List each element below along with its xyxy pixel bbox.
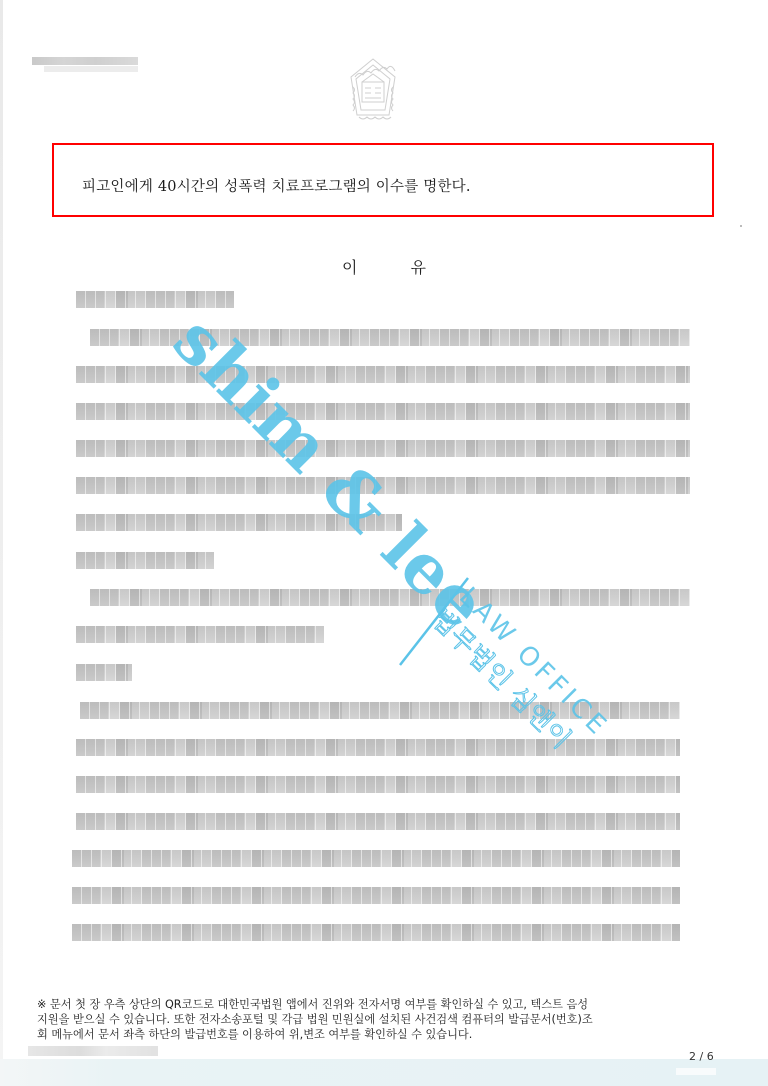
verification-notice: ※ 문서 첫 장 우측 상단의 QR코드로 대한민국법원 앱에서 진위와 전자서…	[37, 997, 697, 1042]
redacted-line	[76, 739, 680, 756]
redacted-line	[72, 924, 680, 941]
redacted-line	[76, 477, 690, 494]
footer-code	[676, 1068, 716, 1075]
redacted-line	[76, 291, 234, 308]
redacted-line	[90, 329, 690, 346]
redacted-line	[76, 366, 690, 383]
redacted-line	[76, 626, 324, 643]
redacted-line	[76, 440, 690, 457]
redacted-body-text	[0, 0, 768, 1086]
redacted-line	[72, 850, 680, 867]
page-number: 2 / 6	[689, 1050, 714, 1063]
redacted-line	[76, 514, 402, 531]
redacted-line	[76, 664, 132, 681]
redacted-line	[76, 813, 680, 830]
redacted-line	[80, 702, 680, 719]
redacted-line	[76, 403, 690, 420]
redacted-line	[90, 589, 690, 606]
footer-band	[0, 1059, 768, 1086]
redacted-line	[72, 887, 680, 904]
redacted-line	[76, 776, 680, 793]
scan-speck	[740, 225, 742, 227]
redacted-issue-number	[28, 1046, 158, 1056]
redacted-line	[76, 552, 214, 569]
